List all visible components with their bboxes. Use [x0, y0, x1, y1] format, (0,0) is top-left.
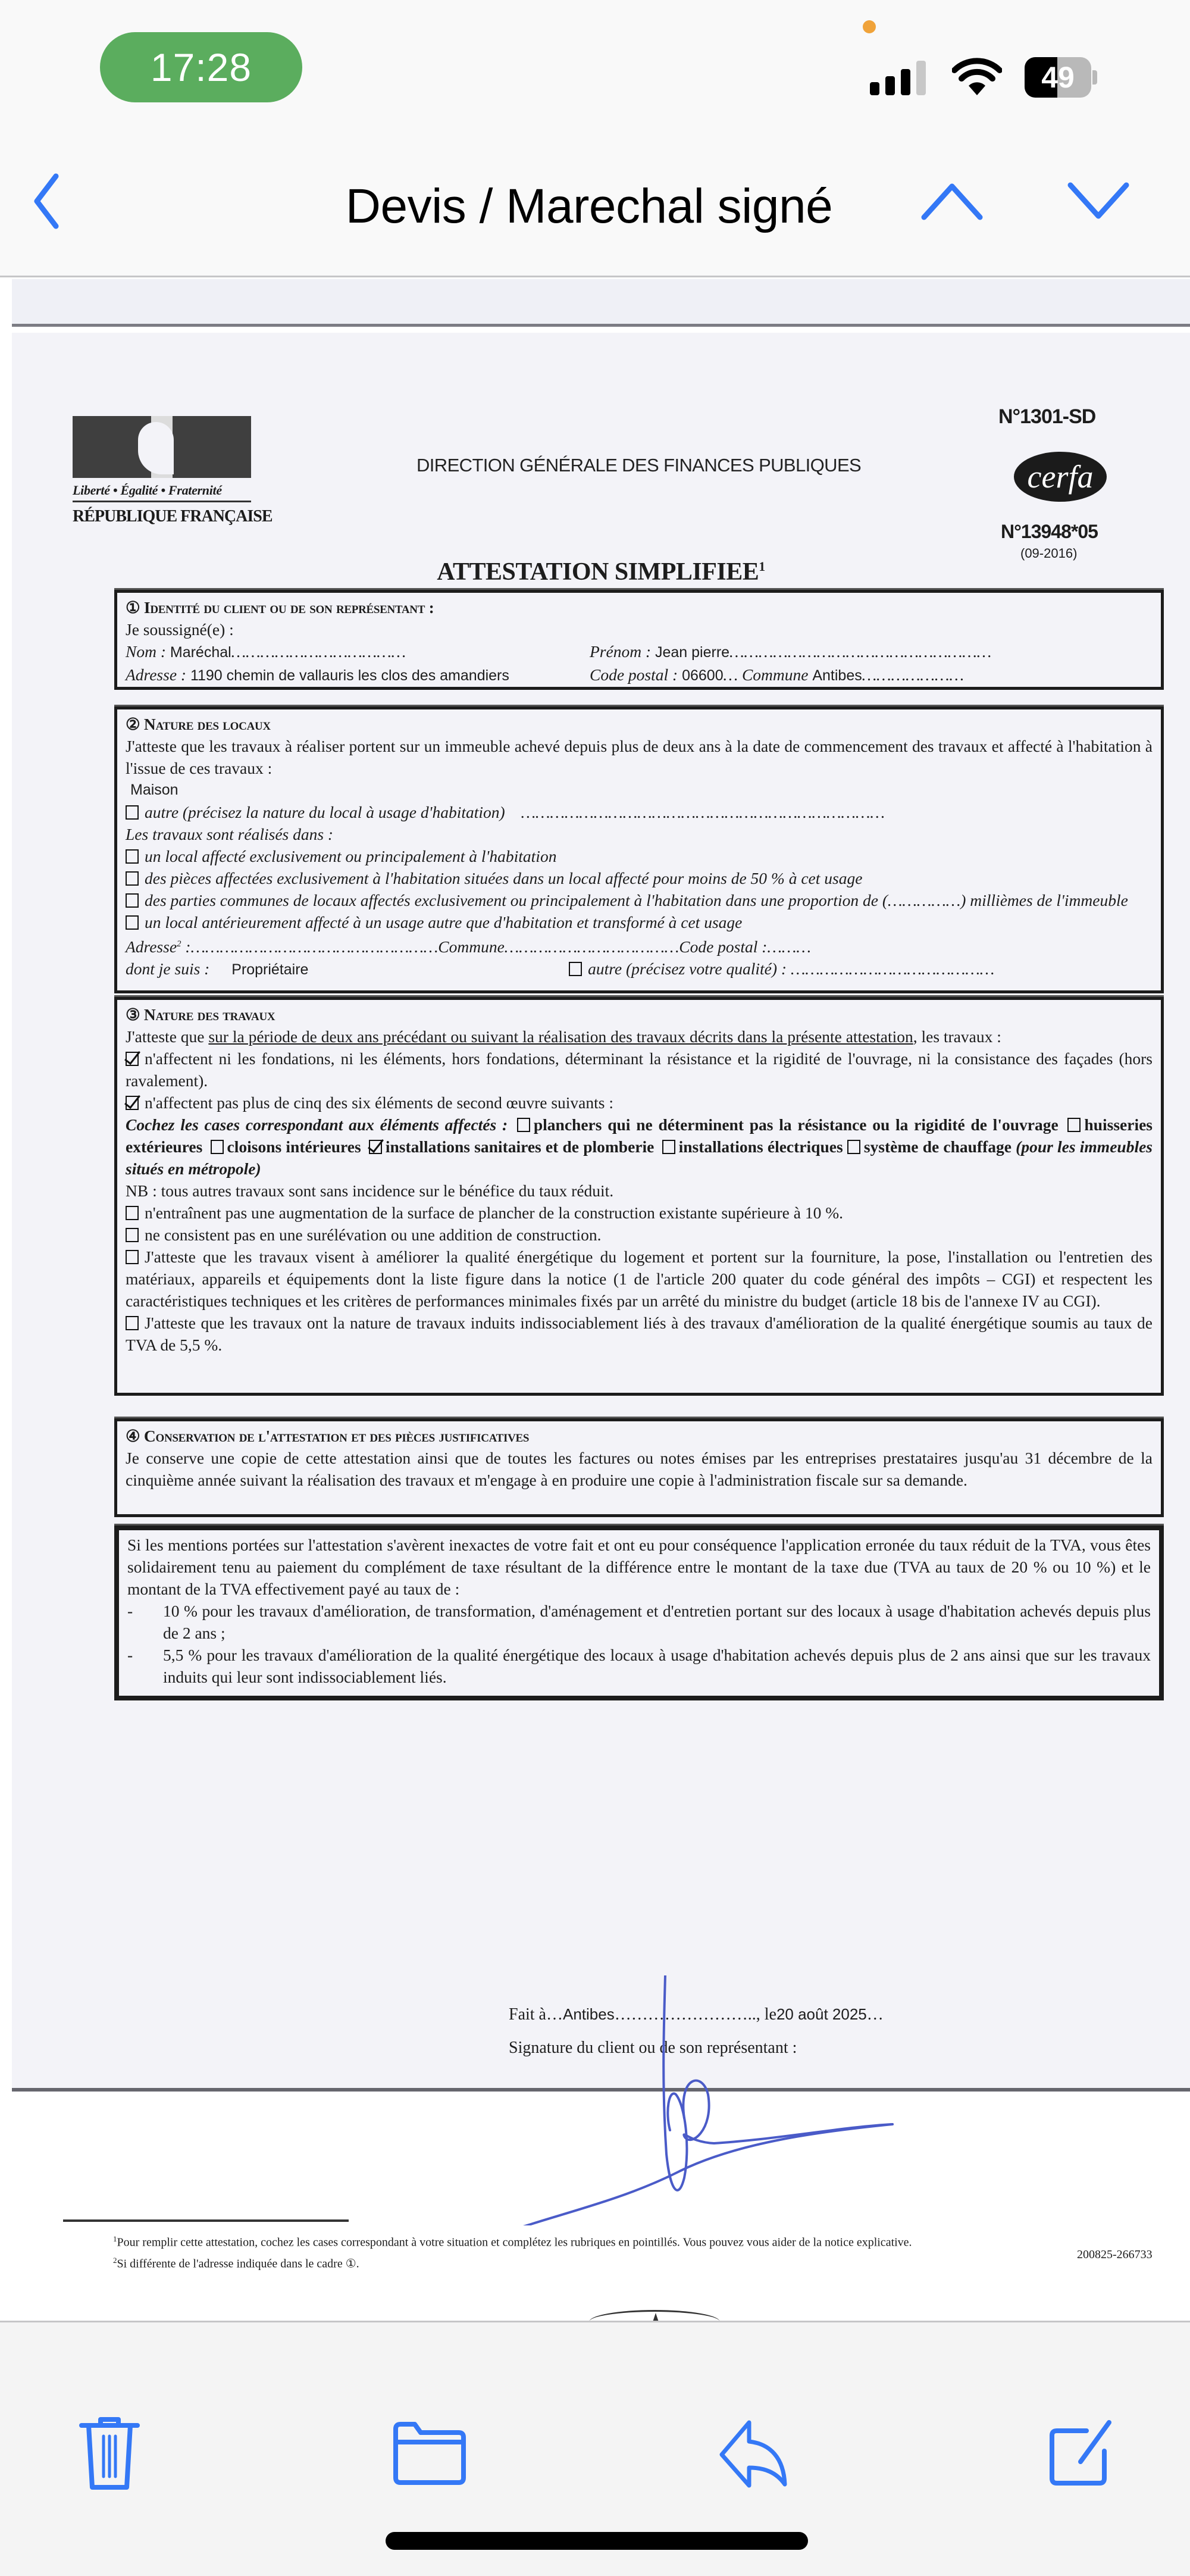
realises-dans-label: Les travaux sont réalisés dans : [126, 823, 1153, 845]
tva-rate-10: 10 % pour les travaux d'amélioration, de… [127, 1600, 1151, 1644]
next-message-button[interactable] [1063, 165, 1134, 237]
agency-name: DIRECTION GÉNÉRALE DES FINANCES PUBLIQUE… [416, 455, 861, 476]
cloisons-label: cloisons intérieures [227, 1137, 361, 1156]
title-footnote-marker: 1 [759, 559, 765, 574]
section-conservation: ④ Conservation de l'attestation et des p… [114, 1418, 1164, 1517]
installations-electriques-checkbox[interactable] [662, 1140, 675, 1154]
qualite-line: dont je suis : Propriétaire autre (préci… [126, 958, 1153, 981]
tva-rate-list: 10 % pour les travaux d'amélioration, de… [127, 1600, 1151, 1688]
home-indicator[interactable] [386, 2532, 808, 2550]
autre-local-label: autre (précisez la nature du local à usa… [145, 803, 505, 821]
adresse-value: 1190 chemin de vallauris les clos des am… [190, 667, 509, 684]
local-option-1: un local affecté exclusivement ou princi… [126, 845, 1153, 867]
le-label: le [765, 2005, 776, 2024]
footnote-rule [63, 2219, 349, 2222]
soussigne-label: Je soussigné(e) : [126, 618, 1153, 640]
travaux-item-fondations: n'affectent ni les fondations, ni les él… [126, 1048, 1153, 1092]
chevron-left-icon [30, 171, 65, 231]
code-postal-commune-field: Code postal : 06600… Commune Antibes…………… [590, 664, 964, 687]
warning-text: Si les mentions portées sur l'attestatio… [127, 1534, 1151, 1600]
planchers-checkbox[interactable] [517, 1118, 530, 1132]
cerfa-number: N°13948*05 [1001, 521, 1098, 543]
local-option-1-checkbox[interactable] [126, 849, 139, 864]
form-number: N°1301-SD [998, 405, 1095, 429]
travaux-intro: J'atteste que sur la période de deux ans… [126, 1026, 1153, 1048]
attestation-title-text: ATTESTATION SIMPLIFIEE [437, 558, 759, 586]
navigation-bar: Devis / Marechal signé [0, 131, 1190, 277]
qualite-value: Propriétaire [231, 959, 565, 981]
previous-page-edge [12, 279, 1190, 327]
surface-checkbox[interactable] [126, 1206, 139, 1220]
signature-label: Signature du client ou de son représenta… [509, 2039, 797, 2058]
nom-field: Nom : Maréchal……………………………… [126, 640, 566, 664]
nb-note: NB : tous autres travaux sont sans incid… [126, 1180, 1153, 1202]
adresse-footnote-marker: 2 [177, 939, 181, 949]
induits-checkbox[interactable] [126, 1316, 139, 1330]
local-option-4-label: un local antérieurement affecté à un usa… [145, 913, 742, 931]
travaux-intro-suffix: , les travaux : [913, 1027, 1001, 1046]
travaux-intro-prefix: J'atteste que [126, 1027, 208, 1046]
status-time[interactable]: 17:28 [100, 32, 302, 102]
logo-republic: RÉPUBLIQUE FRANÇAISE [73, 507, 251, 526]
code-postal-value: 06600 [682, 667, 724, 684]
section-conservation-title: ④ Conservation de l'attestation et des p… [126, 1425, 1153, 1447]
local-option-1-label: un local affecté exclusivement ou princi… [145, 847, 556, 865]
fait-a-label: Fait à [509, 2005, 546, 2024]
reply-button[interactable] [712, 2412, 795, 2495]
local-option-3-label: des parties communes de locaux affectés … [145, 891, 1128, 909]
travaux-item-surface: n'entraînent pas une augmentation de la … [126, 1202, 1153, 1224]
section-locaux-title: ② Nature des locaux [126, 713, 1153, 735]
commune-label: Commune [742, 665, 809, 684]
travaux-intro-period: sur la période de deux ans précédant ou … [208, 1027, 913, 1046]
chauffage-label: système de chauffage [864, 1137, 1011, 1156]
move-to-folder-button[interactable] [388, 2412, 471, 2495]
chauffage-checkbox[interactable] [847, 1140, 860, 1154]
autre-qualite-checkbox[interactable] [569, 962, 582, 976]
section-travaux-title: ③ Nature des travaux [126, 1003, 1153, 1026]
compose-icon [1045, 2418, 1116, 2489]
second-oeuvre-label: n'affectent pas plus de cinq des six élé… [145, 1093, 613, 1112]
sanitaires-plomberie-checkbox[interactable] [369, 1140, 382, 1154]
autre-local-checkbox[interactable] [126, 805, 139, 820]
prenom-label: Prénom : [590, 642, 651, 661]
delete-button[interactable] [68, 2412, 151, 2495]
travaux-item-energetique: J'atteste que les travaux visent à améli… [126, 1246, 1153, 1312]
fait-a-value: Antibes [563, 2005, 615, 2023]
locaux-intro: J'atteste que les travaux à réaliser por… [126, 735, 1153, 779]
sanitaires-plomberie-label: installations sanitaires et de plomberie [386, 1137, 654, 1156]
local-adresse-label: Adresse [126, 937, 177, 956]
cloisons-checkbox[interactable] [211, 1140, 224, 1154]
nom-value: Maréchal [170, 644, 231, 661]
local-option-2-checkbox[interactable] [126, 871, 139, 886]
conservation-text: Je conserve une copie de cette attestati… [126, 1447, 1153, 1491]
warning-box: Si les mentions portées sur l'attestatio… [114, 1525, 1164, 1700]
local-type-value: Maison [126, 779, 1153, 801]
adresse-field: Adresse : 1190 chemin de vallauris les c… [126, 664, 566, 687]
local-commune-label: Commune [438, 937, 505, 956]
energetique-label: J'atteste que les travaux visent à améli… [126, 1248, 1153, 1310]
prenom-field: Prénom : Jean pierre……………………………………………… [590, 640, 991, 664]
back-button[interactable] [12, 165, 83, 237]
previous-message-button[interactable] [916, 165, 988, 237]
chevron-up-icon [919, 180, 985, 222]
cellular-signal-icon [870, 60, 927, 95]
local-option-2: des pièces affectées exclusivement à l'h… [126, 867, 1153, 889]
fondations-checkbox[interactable] [126, 1052, 139, 1066]
local-option-3: des parties communes de locaux affectés … [126, 889, 1153, 911]
document-title: Devis / Marechal signé [286, 179, 892, 235]
trash-icon [77, 2415, 142, 2492]
attestation-title: ATTESTATION SIMPLIFIEE1 [12, 558, 1190, 586]
document-viewer[interactable]: Liberté • Égalité • Fraternité RÉPUBLIQU… [0, 279, 1190, 2321]
planchers-label: planchers qui ne déterminent pas la rési… [534, 1115, 1059, 1134]
compose-button[interactable] [1039, 2412, 1122, 2495]
fondations-label: n'affectent ni les fondations, ni les él… [126, 1049, 1153, 1090]
energetique-checkbox[interactable] [126, 1250, 139, 1264]
nom-label: Nom : [126, 642, 166, 661]
installations-electriques-label: installations électriques [679, 1137, 843, 1156]
footnote-1: 1Pour remplir cette attestation, cochez … [113, 2230, 912, 2252]
surface-label: n'entraînent pas une augmentation de la … [145, 1203, 843, 1222]
travaux-item-induits: J'atteste que les travaux ont la nature … [126, 1312, 1153, 1356]
fait-a-line: Fait à…Antibes…………………….., le20 août 2025… [509, 2005, 884, 2024]
folder-icon [391, 2421, 468, 2486]
reply-icon [715, 2418, 792, 2489]
surelevation-checkbox[interactable] [126, 1228, 139, 1242]
autre-local-option: autre (précisez la nature du local à usa… [126, 801, 1153, 823]
section-identity-title: ① Identité du client ou de son représent… [126, 596, 1153, 618]
signature-date: 20 août 2025 [776, 2005, 867, 2023]
travaux-item-second-oeuvre: n'affectent pas plus de cinq des six élé… [126, 1092, 1153, 1114]
huisseries-checkbox[interactable] [1067, 1118, 1081, 1132]
document-page: Liberté • Égalité • Fraternité RÉPUBLIQU… [12, 333, 1190, 2092]
wifi-icon [952, 57, 1002, 96]
cerfa-logo: cerfa [1014, 452, 1107, 502]
chevron-down-icon [1066, 180, 1131, 222]
republique-francaise-logo: Liberté • Égalité • Fraternité RÉPUBLIQU… [73, 416, 251, 526]
ministry-emblem-icon [589, 2310, 720, 2321]
second-oeuvre-checkbox[interactable] [126, 1096, 139, 1110]
tva-rate-5-5: 5,5 % pour les travaux d'amélioration de… [127, 1644, 1151, 1688]
section-identity: ① Identité du client ou de son représent… [114, 590, 1164, 690]
privacy-indicator-dot [863, 20, 876, 33]
local-option-2-label: des pièces affectées exclusivement à l'h… [145, 869, 862, 887]
travaux-item-surelevation: ne consistent pas en une surélévation ou… [126, 1224, 1153, 1246]
battery-level: 49 [1025, 57, 1091, 98]
footnotes: 1Pour remplir cette attestation, cochez … [113, 2230, 912, 2272]
code-postal-label: Code postal : [590, 665, 678, 684]
local-code-postal-label: Code postal : [679, 937, 767, 956]
local-option-3-checkbox[interactable] [126, 893, 139, 908]
section-nature-travaux: ③ Nature des travaux J'atteste que sur l… [114, 997, 1164, 1396]
local-option-4: un local antérieurement affecté à un usa… [126, 911, 1153, 933]
autre-qualite-label: autre (précisez votre qualité) : [588, 959, 787, 978]
ministry-logo: MINISTÈRE DE L'ÉCONOMIE ET DES FINANCES [559, 2310, 750, 2321]
logo-motto: Liberté • Égalité • Fraternité [73, 483, 251, 502]
elements-affectes: Cochez les cases correspondant aux éléme… [126, 1114, 1153, 1180]
local-address-line: Adresse2 :……………………………………………Commune………………… [126, 933, 1153, 958]
battery-icon: 49 [1025, 57, 1097, 98]
commune-value: Antibes [812, 667, 862, 684]
prenom-value: Jean pierre [655, 644, 729, 661]
document-reference: 200825-266733 [1077, 2248, 1153, 2262]
footnote-2-text: Si différente de l'adresse indiquée dans… [117, 2257, 359, 2270]
section-nature-locaux: ② Nature des locaux J'atteste que les tr… [114, 706, 1164, 993]
footnote-2: 2Si différente de l'adresse indiquée dan… [113, 2252, 912, 2273]
local-option-4-checkbox[interactable] [126, 915, 139, 930]
adresse-label: Adresse : [126, 665, 186, 684]
surelevation-label: ne consistent pas en une surélévation ou… [145, 1226, 602, 1244]
footnote-1-text: Pour remplir cette attestation, cochez l… [117, 2236, 912, 2249]
dont-je-suis-label: dont je suis : [126, 959, 209, 978]
marianne-logo-icon [73, 416, 251, 478]
status-bar: 17:28 49 [0, 0, 1190, 131]
induits-label: J'atteste que les travaux ont la nature … [126, 1314, 1153, 1354]
cochez-label: Cochez les cases correspondant aux éléme… [126, 1115, 508, 1134]
